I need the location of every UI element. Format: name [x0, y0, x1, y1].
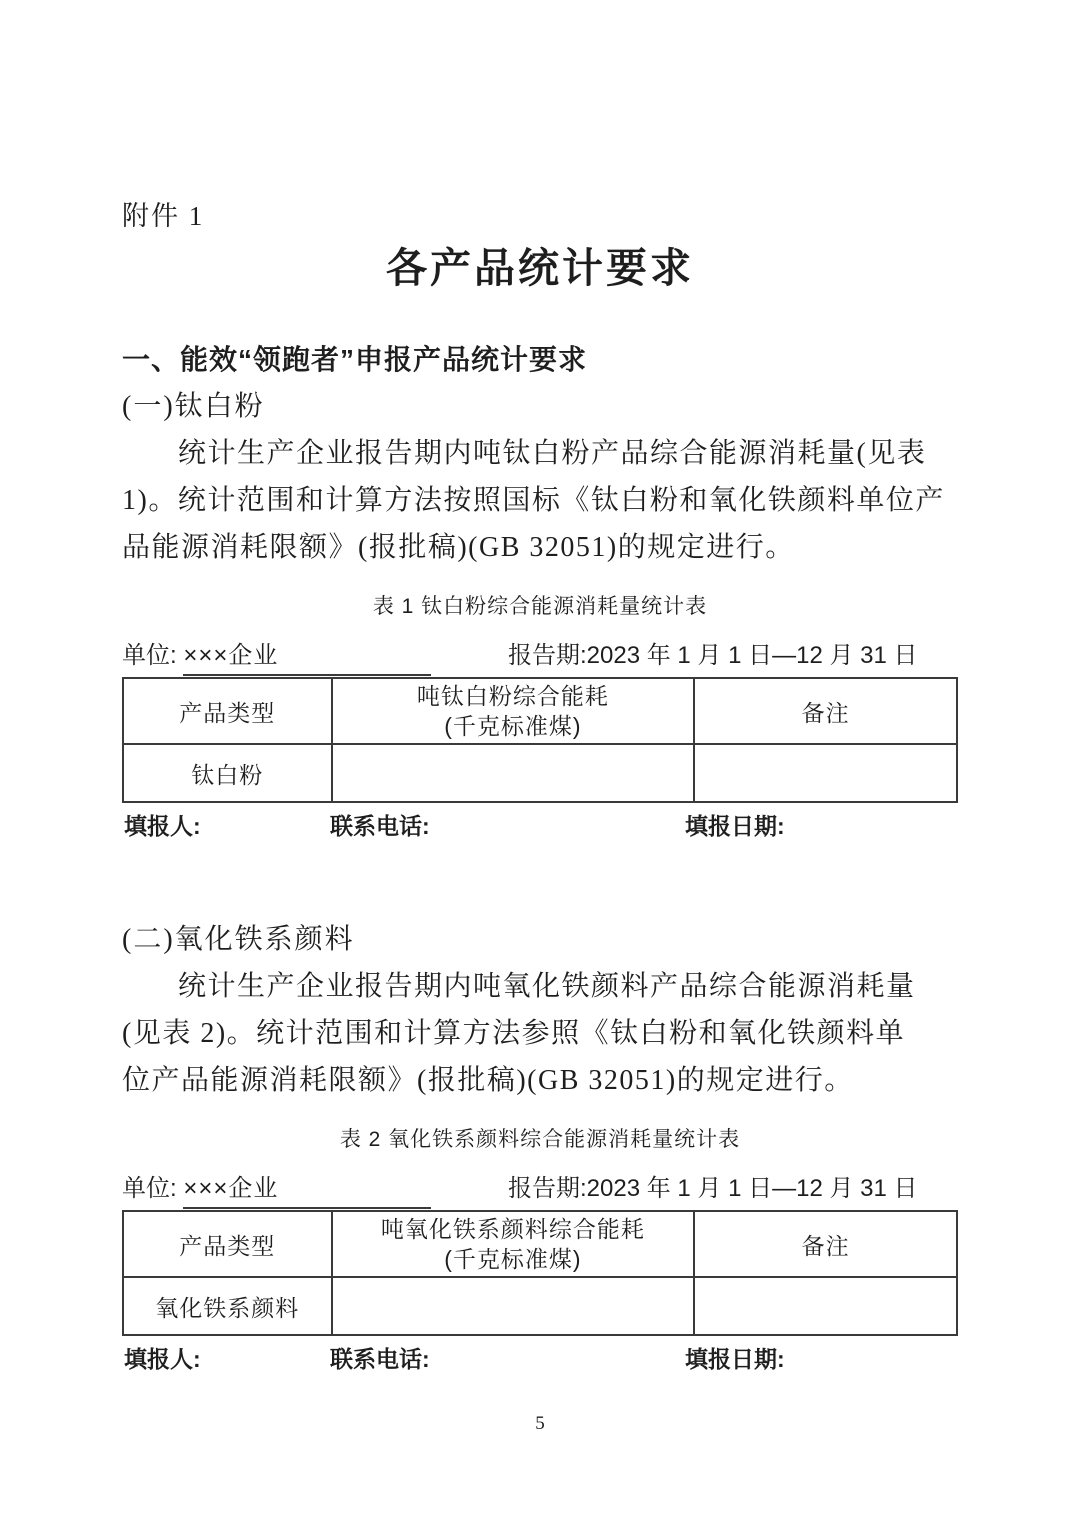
table-one-cell-energy-empty — [332, 744, 695, 802]
table-two-header-row: 产品类型 吨氧化铁系颜料综合能耗 (千克标准煤) 备注 — [123, 1211, 957, 1277]
table-one-cell-note-empty — [694, 744, 957, 802]
table-one-footer: 填报人: 联系电话: 填报日期: — [122, 808, 958, 846]
report-period: 报告期:2023 年 1 月 1 日—12 月 31 日 — [508, 639, 918, 673]
table-one-header-energy: 吨钛白粉综合能耗 (千克标准煤) — [332, 678, 695, 744]
table-row: 钛白粉 — [123, 744, 957, 802]
table-one-header-row: 产品类型 吨钛白粉综合能耗 (千克标准煤) 备注 — [123, 678, 957, 744]
table-two-caption: 表 2 氧化铁系颜料综合能源消耗量统计表 — [122, 1124, 958, 1156]
preparer-label: 填报人: — [124, 1341, 201, 1377]
document-page: 附件 1 各产品统计要求 一、能效“领跑者”申报产品统计要求 (一)钛白粉 统计… — [0, 0, 1080, 1527]
unit-value-underlined: ×××企业 — [183, 1172, 431, 1209]
subsection-two-title: (二)氧化铁系颜料 — [122, 916, 958, 963]
attachment-label: 附件 1 — [122, 196, 958, 236]
document-title: 各产品统计要求 — [122, 242, 958, 294]
table-two-header-energy: 吨氧化铁系颜料综合能耗 (千克标准煤) — [332, 1211, 695, 1277]
section-one-paragraph-line: 统计生产企业报告期内吨钛白粉产品综合能源消耗量(见表 — [122, 430, 958, 477]
table-one-header-energy-line1: 吨钛白粉综合能耗 — [333, 681, 694, 711]
unit-label: 单位: — [122, 1175, 177, 1202]
table-two-header-energy-line1: 吨氧化铁系颜料综合能耗 — [333, 1214, 694, 1244]
table-two-cell-product: 氧化铁系颜料 — [123, 1277, 332, 1335]
report-period-label: 报告期: — [508, 1175, 587, 1202]
table-two-footer: 填报人: 联系电话: 填报日期: — [122, 1341, 958, 1379]
table-one-caption: 表 1 钛白粉综合能源消耗量统计表 — [122, 591, 958, 623]
page-content: 附件 1 各产品统计要求 一、能效“领跑者”申报产品统计要求 (一)钛白粉 统计… — [0, 0, 1080, 1379]
fill-date-label: 填报日期: — [685, 1341, 785, 1377]
unit-value-underlined: ×××企业 — [183, 639, 431, 676]
section-one-paragraph-line: 1)。统计范围和计算方法按照国标《钛白粉和氧化铁颜料单位产 — [122, 477, 958, 524]
table-two-header-note: 备注 — [694, 1211, 957, 1277]
table-one-cell-product: 钛白粉 — [123, 744, 332, 802]
table-row: 氧化铁系颜料 — [123, 1277, 957, 1335]
table-two: 产品类型 吨氧化铁系颜料综合能耗 (千克标准煤) 备注 氧化铁系颜料 — [122, 1210, 958, 1336]
unit-label: 单位: — [122, 642, 177, 669]
table-one-header-energy-line2: (千克标准煤) — [333, 711, 694, 741]
table-one-header-product-type: 产品类型 — [123, 678, 332, 744]
phone-label: 联系电话: — [330, 808, 430, 844]
section-two-paragraph-line: 统计生产企业报告期内吨氧化铁颜料产品综合能源消耗量 — [122, 963, 958, 1010]
table-two-header-energy-line2: (千克标准煤) — [333, 1244, 694, 1274]
section-one-heading: 一、能效“领跑者”申报产品统计要求 — [122, 336, 958, 383]
table-two-cell-energy-empty — [332, 1277, 695, 1335]
section-one-paragraph-line: 品能源消耗限额》(报批稿)(GB 32051)的规定进行。 — [122, 524, 958, 571]
table-one-header-note: 备注 — [694, 678, 957, 744]
section-two-paragraph-line: 位产品能源消耗限额》(报批稿)(GB 32051)的规定进行。 — [122, 1057, 958, 1104]
phone-label: 联系电话: — [330, 1341, 430, 1377]
table-two-meta-row: 单位: ×××企业 报告期:2023 年 1 月 1 日—12 月 31 日 — [122, 1172, 958, 1210]
fill-date-label: 填报日期: — [685, 808, 785, 844]
report-period-value: 2023 年 1 月 1 日—12 月 31 日 — [587, 642, 918, 669]
subsection-one-title: (一)钛白粉 — [122, 383, 958, 430]
section-two-paragraph-line: (见表 2)。统计范围和计算方法参照《钛白粉和氧化铁颜料单 — [122, 1010, 958, 1057]
table-two-cell-note-empty — [694, 1277, 957, 1335]
preparer-label: 填报人: — [124, 808, 201, 844]
report-period-label: 报告期: — [508, 642, 587, 669]
report-period: 报告期:2023 年 1 月 1 日—12 月 31 日 — [508, 1172, 918, 1206]
table-one-meta-row: 单位: ×××企业 报告期:2023 年 1 月 1 日—12 月 31 日 — [122, 639, 958, 677]
table-one: 产品类型 吨钛白粉综合能耗 (千克标准煤) 备注 钛白粉 — [122, 677, 958, 803]
page-number: 5 — [0, 1413, 1080, 1435]
table-two-header-product-type: 产品类型 — [123, 1211, 332, 1277]
report-period-value: 2023 年 1 月 1 日—12 月 31 日 — [587, 1175, 918, 1202]
